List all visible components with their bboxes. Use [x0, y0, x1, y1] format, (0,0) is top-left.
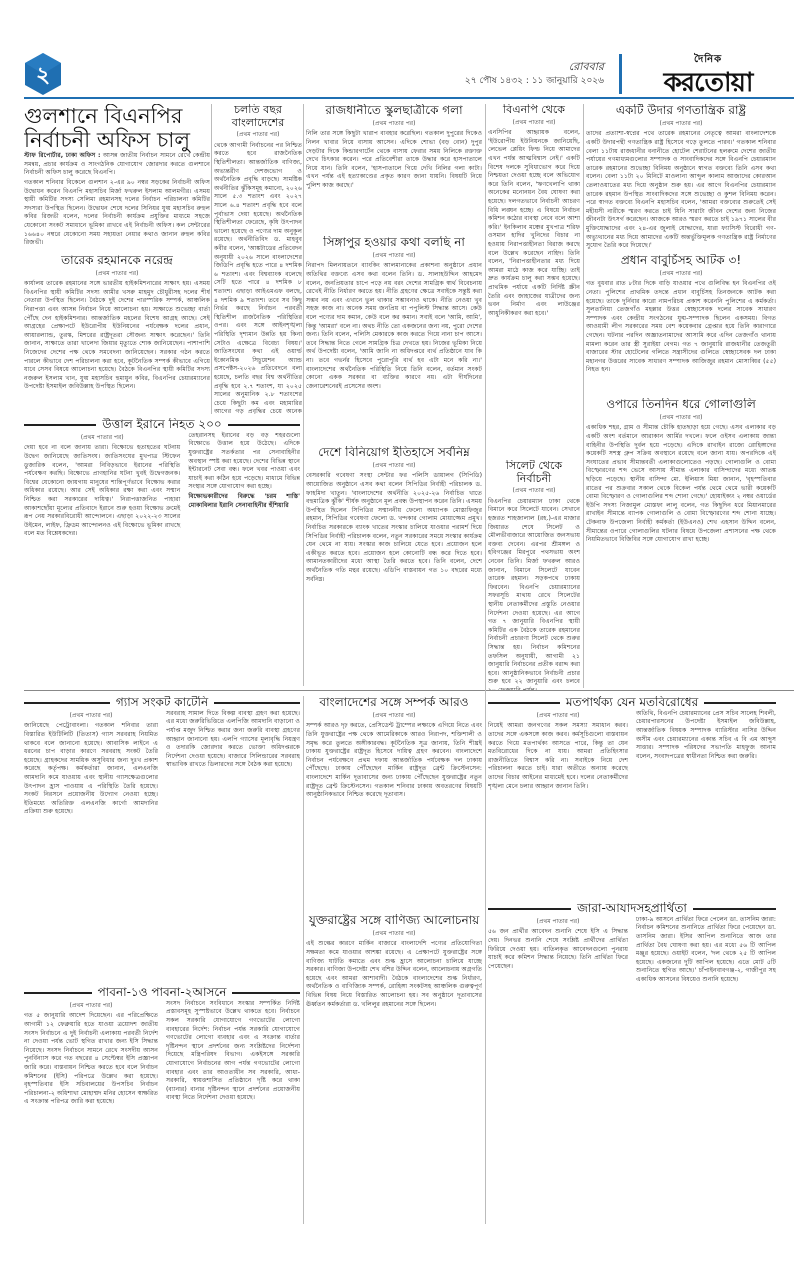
article-us-trade: যুক্তরাষ্ট্রের সঙ্গে বাণিজ্য আলোচনায় (প…	[306, 914, 482, 1224]
paragraph: গতকাল শনিবার বিকেলে গুলশান ২-এর ৯০ নম্বর…	[24, 179, 210, 248]
continued-label: (প্রথম পাতার পর)	[306, 252, 482, 261]
headline: সিলেট থেকে নির্বাচনী	[488, 460, 580, 485]
continued-label: (প্রথম পাতার পর)	[488, 487, 580, 496]
column-divider	[303, 696, 304, 1224]
paragraph: একাধিক শহর, গ্রাম ও সীমান্ত চৌকি হাতছাড়…	[586, 424, 776, 544]
rule-line	[232, 992, 300, 994]
continued-label: (প্রথম পাতার পর)	[24, 270, 210, 279]
paragraph: অতিথি, বিএনপি চেয়ারম্যানের প্রেস সচিব স…	[636, 710, 776, 762]
rule-line	[214, 702, 300, 704]
headline: বিএনপি থেকে	[488, 104, 580, 117]
headline: চলতি বছর বাংলাদেশের	[214, 104, 302, 129]
paragraph: দেয়া হবে না বলে জানায় তারা। বিক্ষোভে হ…	[24, 444, 180, 539]
masthead: ২ রোববার ২৭ পৌষ ১৪৩২ : ১১ জানুয়ারি ২০২৬…	[24, 52, 794, 96]
page-number: ২	[24, 58, 62, 95]
headline-row: জারা-আযাদসহপ্রার্থিতা	[488, 902, 776, 916]
headline: উত্তাল ইরানে নিহত ২০০	[102, 418, 221, 432]
paragraph: তেহরানসহ ইরানের বড় বড় শহরগুলো বিক্ষোভে…	[188, 432, 300, 492]
article-liberal-state: একটি উদার গণতান্ত্রিক রাষ্ট্র (প্রথম পাত…	[586, 104, 776, 250]
continued-label: (প্রথম পাতার পর)	[214, 131, 302, 140]
article-gas-crisis: গ্যাস সংকট কাটেনি (প্রথম পাতার পর) জানিয…	[24, 696, 300, 982]
rule-line	[24, 992, 92, 994]
headline: দেশে বিনিয়োগ ইতিহাসে সর্বনিম্ন	[306, 446, 482, 460]
continued-label: (প্রথম পাতার পর)	[306, 930, 482, 939]
byline: স্টাফ রিপোর্টার, ঢাকা অফিস :	[24, 152, 100, 159]
continued-label: (প্রথম পাতার পর)	[24, 434, 180, 443]
rule-line	[24, 424, 96, 426]
article-divergence: মতপার্থক্য যেন মতবিরোধের (প্রথম পাতার পর…	[488, 696, 776, 896]
paragraph: নিয়েই আমরা জনগণের সকল সমস্যা সমাধান করব…	[488, 722, 628, 791]
headline: প্রধান বাবুর্চিসহ আটক ৩!	[586, 254, 776, 268]
headline: তারেক রহমানকে নরেন্দ্র	[24, 254, 210, 268]
paragraph: সংসদ নির্বাচনে সংবিধানে সংস্কার সম্পর্কি…	[166, 1000, 300, 1103]
column-divider	[583, 104, 584, 688]
subhead: বিক্ষোভকারীদের বিরুদ্ধে 'চরম শাস্তি' মোক…	[188, 493, 300, 510]
headline: পাবনা-১ও পাবনা-২আসনে	[98, 986, 227, 1000]
rule-line	[24, 702, 110, 704]
continued-label: (প্রথম পাতার পর)	[488, 712, 628, 721]
brand-prefix: দৈনিক	[628, 52, 788, 69]
paragraph: এনসিপির আহ্বায়ক বলেন, 'ইউরোপীয় ইউনিয়ন…	[488, 129, 580, 318]
headline: যুক্তরাষ্ট্রের সঙ্গে বাণিজ্য আলোচনায়	[306, 914, 482, 928]
paragraph: বিএনপির চেয়ারম্যান ঢাকা থেকে বিমানে করে…	[488, 498, 580, 690]
brand-name: করতোয়া	[628, 69, 788, 97]
paragraph: থেকে আগামী নির্বাচনের পর নিশ্চিত করতে হব…	[214, 142, 302, 414]
continued-label: (প্রথম পাতার পর)	[586, 120, 776, 129]
rule-line	[693, 908, 776, 910]
headline: বাংলাদেশের সঙ্গে সম্পর্ক আরও	[306, 696, 482, 710]
article-iran: উত্তাল ইরানে নিহত ২০০ (প্রথম পাতার পর) দ…	[24, 418, 300, 638]
article-singapore: সিঙ্গাপুর হওয়ার কথা বলছি না (প্রথম পাতা…	[306, 236, 482, 436]
rule-line	[488, 702, 560, 704]
headline: সিঙ্গাপুর হওয়ার কথা বলছি না	[306, 236, 482, 250]
headline-row: উত্তাল ইরানে নিহত ২০০	[24, 418, 300, 432]
continued-label: (প্রথম পাতার পর)	[306, 712, 482, 721]
article-bd-relations: বাংলাদেশের সঙ্গে সম্পর্ক আরও (প্রথম পাতা…	[306, 696, 482, 910]
column-divider	[303, 104, 304, 686]
continued-label: (প্রথম পাতার পর)	[586, 270, 776, 279]
paragraph: জানিয়েছে পেট্রোবাংলা। গতকাল শনিবার তারা…	[24, 722, 158, 817]
paragraph: নিরাপদ মিলনায়তনে ব্যাংকিং আলমানাকের প্র…	[306, 262, 482, 391]
article-sylhet: সিলেট থেকে নির্বাচনী (প্রথম পাতার পর) বি…	[488, 460, 580, 690]
paragraph: গত ৫ জানুয়ারি আদেশ দিয়েছেন। এর পরিপ্রে…	[24, 1012, 158, 1107]
paragraph: বেসরকারি গবেষণা সংস্থা সেন্টার ফর পলিসি …	[306, 472, 482, 584]
article-bnp-from: বিএনপি থেকে (প্রথম পাতার পর) এনসিপির আহ্…	[488, 104, 580, 454]
weekday: রোববার	[465, 60, 604, 74]
continued-label: (প্রথম পাতার পর)	[306, 120, 482, 129]
article-gulshan: গুলশানে বিএনপির নির্বাচনী অফিস চালু স্টা…	[24, 104, 210, 414]
masthead-rule	[24, 97, 794, 99]
section-divider	[24, 690, 794, 691]
headline: রাজধানীতে স্কুলছাত্রীকে গলা	[306, 104, 482, 118]
paragraph: ৫৬ জন প্রার্থীর আবেদন শুনানি শেষে ইসি এ …	[488, 928, 628, 971]
continued-label: (প্রথম পাতার পর)	[306, 462, 482, 471]
article-pabna: পাবনা-১ও পাবনা-২আসনে (প্রথম পাতার পর) গত…	[24, 986, 300, 1224]
newspaper-page: ২ রোববার ২৭ পৌষ ১৪৩২ : ১১ জানুয়ারি ২০২৬…	[0, 0, 800, 1286]
headline: ওপারে তিনদিন ধরে গোলাগুলি	[586, 398, 776, 412]
headline: গ্যাস সংকট কাটেনি	[116, 696, 208, 710]
continued-label: (প্রথম পাতার পর)	[24, 712, 158, 721]
continued-label: (প্রথম পাতার পর)	[586, 414, 776, 423]
date: ২৭ পৌষ ১৪৩২ : ১১ জানুয়ারি ২০২৬	[465, 74, 604, 88]
paragraph: এই শুল্কের কারণে মার্কিন বাজারে বাংলাদেশ…	[306, 940, 482, 1009]
article-jara-azad: জারা-আযাদসহপ্রার্থিতা (প্রথম পাতার পর) ৫…	[488, 902, 776, 1222]
continued-label: (প্রথম পাতার পর)	[24, 1002, 158, 1011]
rule-line	[228, 424, 300, 426]
headline-row: পাবনা-১ও পাবনা-২আসনে	[24, 986, 300, 1000]
newspaper-brand: দৈনিক করতোয়া	[628, 52, 788, 97]
paragraph: কার্যালয় তারেক রহমানের সঙ্গে ভারতীয় হা…	[24, 280, 210, 392]
article-investment: দেশে বিনিয়োগ ইতিহাসে সর্বনিম্ন (প্রথম প…	[306, 446, 482, 686]
headline: গুলশানে বিএনপির নির্বাচনী অফিস চালু	[24, 104, 210, 152]
article-cook-attack: প্রধান বাবুর্চিসহ আটক ৩! (প্রথম পাতার পর…	[586, 254, 776, 394]
headline: জারা-আযাদসহপ্রার্থিতা	[577, 902, 687, 916]
continued-label: (প্রথম পাতার পর)	[488, 119, 580, 128]
article-schoolgirl: রাজধানীতে স্কুলছাত্রীকে গলা (প্রথম পাতার…	[306, 104, 482, 232]
paragraph: সম্পর্ক আরও দৃঢ় করতে, প্রেসিডেন্ট ট্রাম…	[306, 722, 482, 799]
rule-line	[488, 908, 571, 910]
paragraph: নিলি তার সঙ্গে কিছুটা খারাপ ব্যবহার করেছ…	[306, 130, 482, 190]
headline-row: মতপার্থক্য যেন মতবিরোধের	[488, 696, 776, 710]
paragraph: গত বুধবার রাত ৮টার দিকে বাড়ি যাওয়ার পথ…	[586, 280, 776, 375]
column-divider	[211, 104, 212, 414]
headline: একটি উদার গণতান্ত্রিক রাষ্ট্র	[586, 104, 776, 118]
column-divider	[485, 104, 486, 1224]
paragraph: ঢাকা-৯ আসনে প্রার্থিতা ফিরে পেলেন ডা. তা…	[636, 916, 776, 985]
page-number-badge: ২	[24, 52, 62, 96]
continued-label: (প্রথম পাতার পর)	[488, 918, 628, 927]
paragraph: সরবরাহ সামাল দিতে বিকল্প ব্যবস্থা গ্রহণ …	[166, 710, 300, 770]
masthead-divider	[619, 54, 622, 94]
paragraph: তাদের প্রত্যাশা-স্বপ্নের পথে তারেক রহমান…	[586, 130, 776, 250]
article-economy: চলতি বছর বাংলাদেশের (প্রথম পাতার পর) থেক…	[214, 104, 302, 414]
dateline: রোববার ২৭ পৌষ ১৪৩২ : ১১ জানুয়ারি ২০২৬	[465, 60, 604, 88]
headline-row: গ্যাস সংকট কাটেনি	[24, 696, 300, 710]
headline: মতপার্থক্য যেন মতবিরোধের	[566, 696, 698, 710]
rule-line	[704, 702, 776, 704]
article-border-firing: ওপারে তিনদিন ধরে গোলাগুলি (প্রথম পাতার প…	[586, 398, 776, 688]
